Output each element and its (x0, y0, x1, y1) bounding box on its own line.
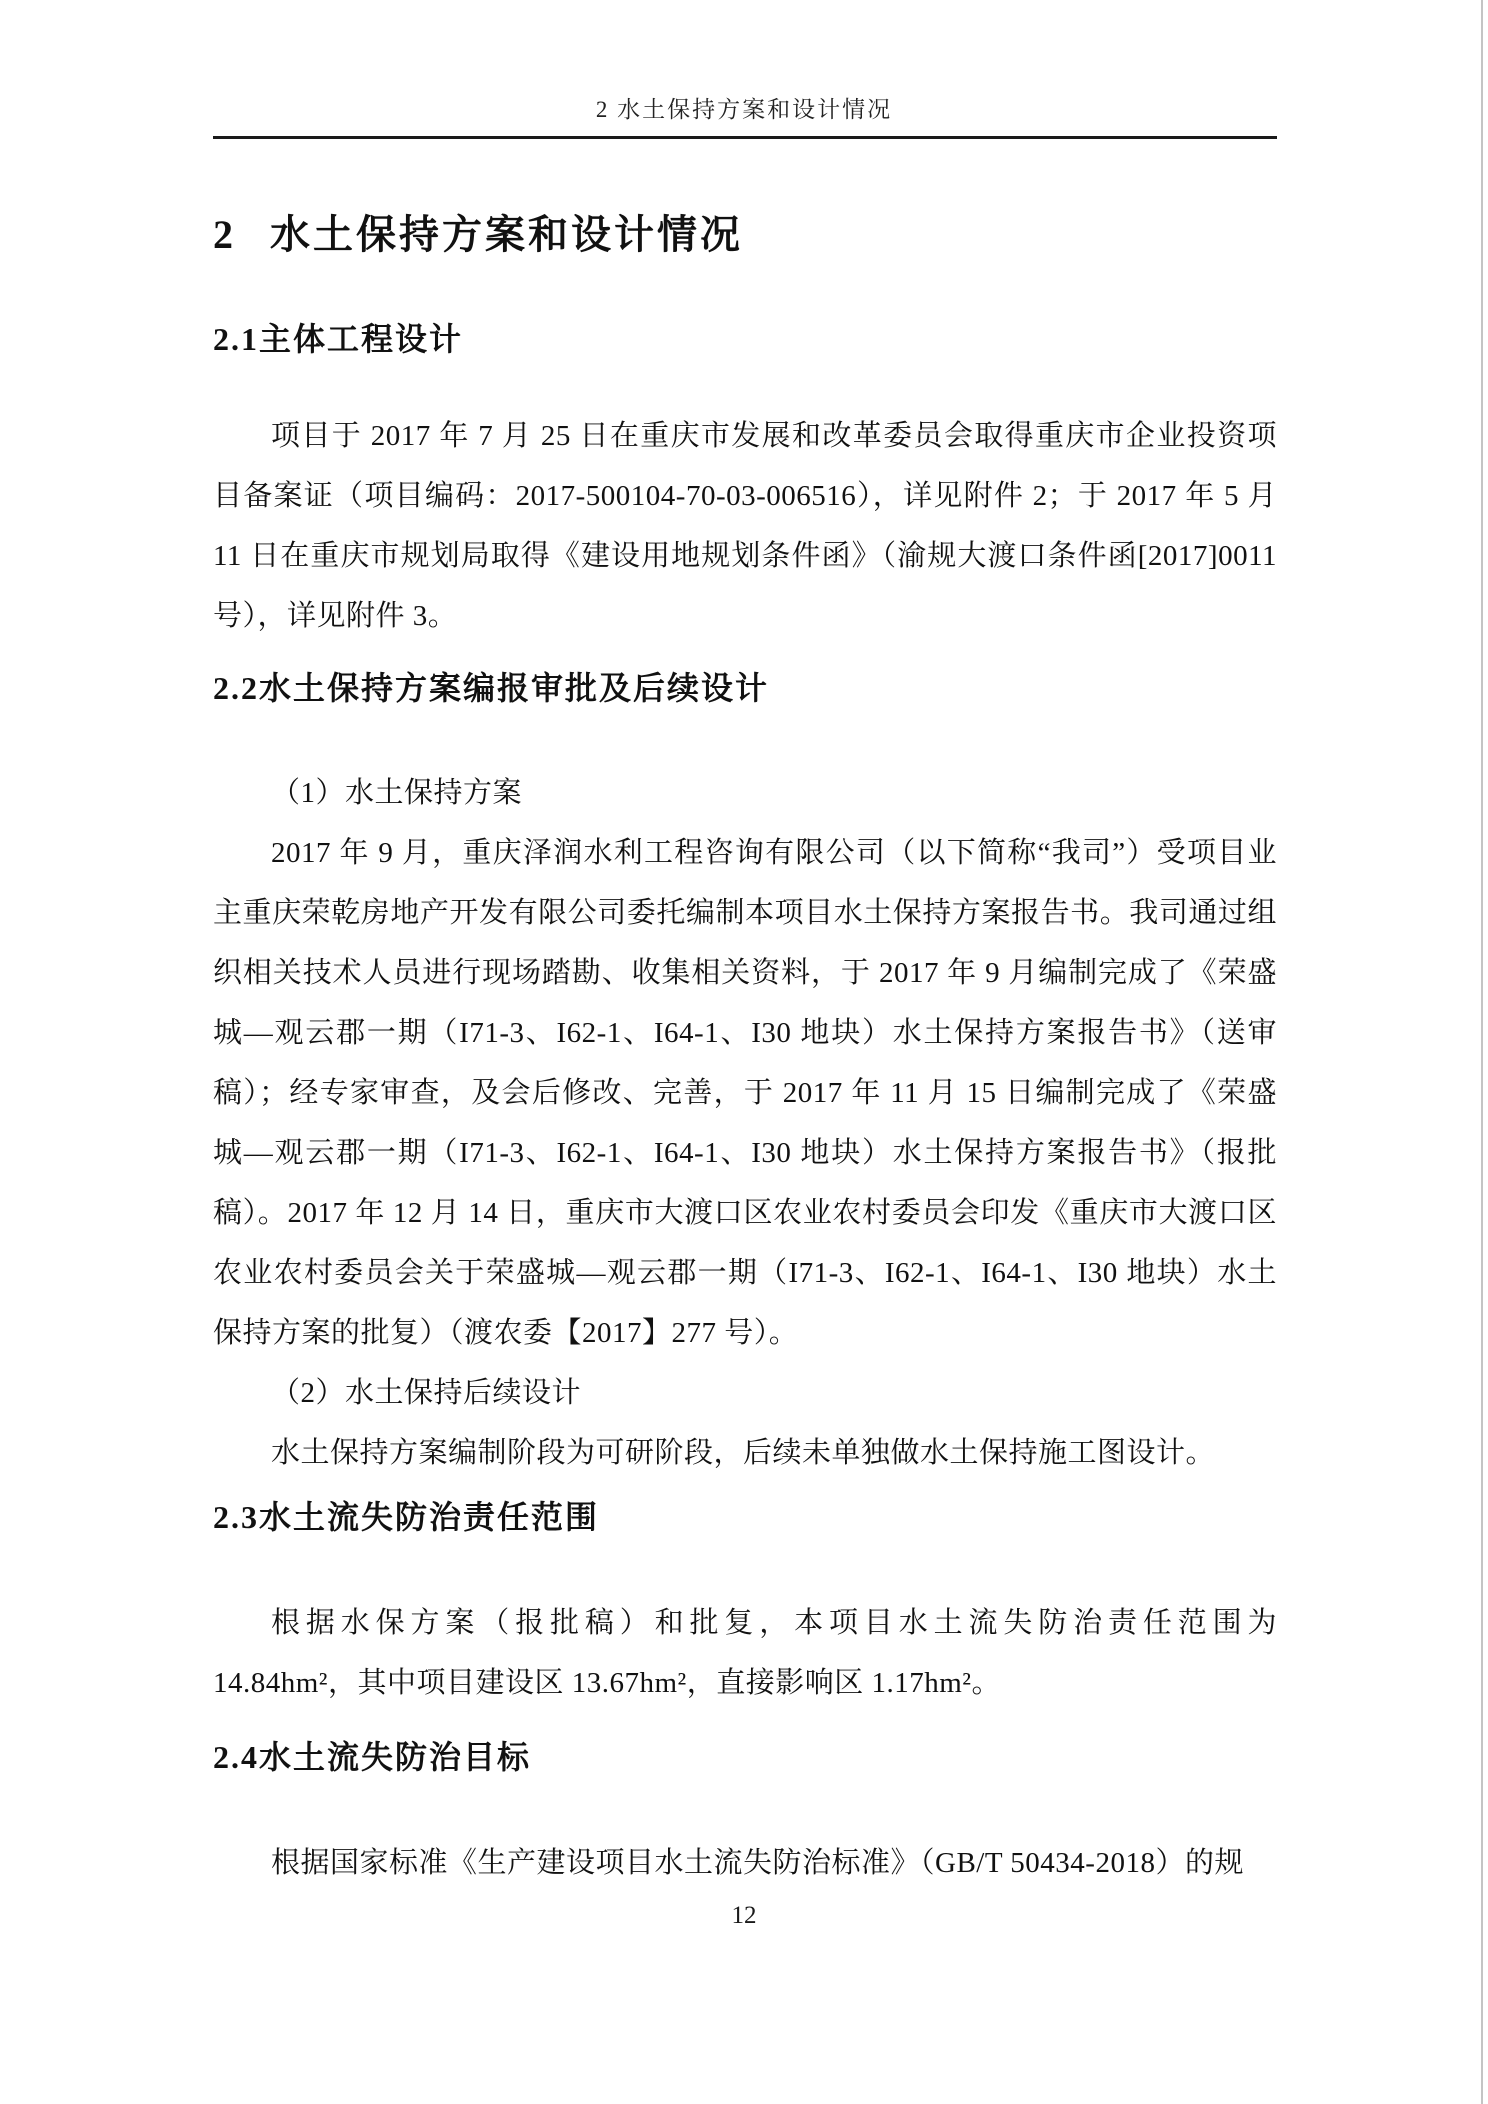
section-heading-2-2: 2.2水土保持方案编报审批及后续设计 (213, 668, 1277, 708)
list-item-2-2-2: （2）水土保持后续设计 (213, 1363, 1277, 1423)
paragraph-2-1-1: 项目于 2017 年 7 月 25 日在重庆市发展和改革委员会取得重庆市企业投资… (213, 406, 1277, 646)
header-rule (213, 136, 1277, 139)
page-right-edge (1481, 0, 1483, 2104)
running-header: 2 水土保持方案和设计情况 (0, 0, 1488, 123)
section-heading-2-3: 2.3水土流失防治责任范围 (213, 1497, 1277, 1537)
document-page: 2 水土保持方案和设计情况 2水土保持方案和设计情况 2.1主体工程设计 项目于… (0, 0, 1488, 2104)
paragraph-2-3-1: 根据水保方案（报批稿）和批复，本项目水土流失防治责任范围为 14.84hm²，其… (213, 1593, 1277, 1713)
chapter-heading: 2水土保持方案和设计情况 (213, 211, 1277, 259)
paragraph-2-2-2: 水土保持方案编制阶段为可研阶段，后续未单独做水土保持施工图设计。 (213, 1423, 1277, 1483)
section-heading-2-4: 2.4水土流失防治目标 (213, 1737, 1277, 1777)
document-content: 2水土保持方案和设计情况 2.1主体工程设计 项目于 2017 年 7 月 25… (213, 136, 1277, 1893)
running-header-text: 2 水土保持方案和设计情况 (596, 97, 892, 122)
page-number: 12 (0, 1901, 1488, 1931)
chapter-title: 水土保持方案和设计情况 (270, 212, 743, 257)
paragraph-2-4-1: 根据国家标准《生产建设项目水土流失防治标准》（GB/T 50434-2018）的… (213, 1833, 1277, 1893)
paragraph-2-2-1: 2017 年 9 月，重庆泽润水利工程咨询有限公司（以下简称“我司”）受项目业主… (213, 823, 1277, 1363)
section-heading-2-1: 2.1主体工程设计 (213, 319, 1277, 359)
chapter-number: 2 (213, 212, 236, 257)
list-item-2-2-1: （1）水土保持方案 (213, 763, 1277, 823)
